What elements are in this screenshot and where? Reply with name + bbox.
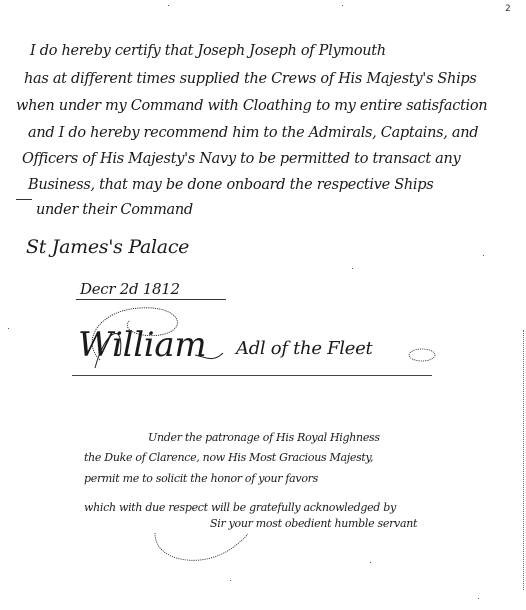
speck (230, 580, 231, 581)
speck (168, 5, 169, 6)
certificate-line-2: has at different times supplied the Crew… (24, 72, 477, 87)
scan-edge (522, 330, 524, 590)
certificate-line-5: Officers of His Majesty's Navy to be per… (22, 152, 460, 167)
certificate-line-1: I do hereby certify that Joseph Joseph o… (30, 44, 386, 59)
speck (478, 598, 479, 599)
speck (342, 5, 343, 6)
certificate-line-3: when under my Command with Cloathing to … (16, 99, 487, 114)
speck (483, 255, 484, 256)
speck (352, 268, 353, 269)
closing-flourish-icon (150, 530, 250, 570)
certificate-line-4: and I do hereby recommend him to the Adm… (28, 126, 478, 141)
certificate-line-6: Business, that may be done onboard the r… (28, 178, 433, 193)
postscript-line-5: Sir your most obedient humble servant (210, 518, 417, 529)
certificate-line-7: under their Command (36, 203, 193, 218)
signature: William (78, 328, 206, 362)
postscript-line-3: permit me to solicit the honor of your f… (84, 473, 318, 484)
speck (370, 562, 371, 563)
postscript-line-2: the Duke of Clarence, now His Most Graci… (84, 452, 373, 463)
document-page: 2 I do hereby certify that Joseph Joseph… (0, 0, 526, 610)
postscript-line-1: Under the patronage of His Royal Highnes… (148, 432, 380, 443)
signature-title: Adl of the Fleet (236, 340, 372, 358)
speck (8, 328, 9, 329)
date-line: Decr 2d 1812 (80, 282, 180, 297)
line-mark (16, 199, 32, 200)
place-line: St James's Palace (26, 238, 189, 257)
page-number: 2 (505, 4, 511, 14)
title-flourish-icon (408, 345, 438, 365)
signature-underline (72, 375, 432, 376)
signature-tail-icon (195, 335, 235, 365)
postscript-line-4: which with due respect will be gratefull… (84, 502, 396, 513)
